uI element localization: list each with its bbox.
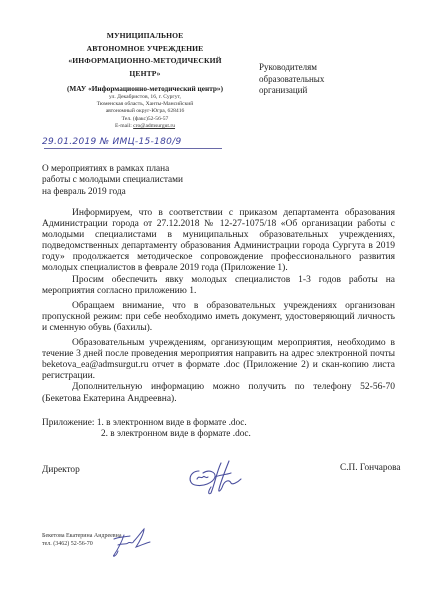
attachments-label: Приложение: — [42, 418, 97, 428]
subject-line-1: О мероприятиях в рамках плана — [42, 164, 242, 175]
letter-body: Информируем, что в соответствии с приказ… — [42, 208, 395, 405]
registration-underline — [44, 148, 222, 149]
body-paragraph: Обращаем внимание, что в образовательных… — [42, 301, 395, 334]
org-email-link[interactable]: cro@admsurgut.ru — [133, 123, 175, 129]
address-line-3: автономный округ-Югра, 628416 — [40, 108, 250, 115]
signatory-position: Директор — [42, 465, 80, 475]
executor-signature-icon — [108, 527, 153, 559]
recipient-block: Руководителям образовательных организаци… — [259, 62, 324, 97]
registration-text: 29.01.2019 № ИМЦ-15-180/9 — [42, 137, 181, 147]
attachment-item-1: 1. в электронном виде в формате .doc. — [97, 418, 247, 428]
attachment-item-2: 2. в электронном виде в формате .doc. — [101, 429, 251, 439]
body-paragraph: Дополнительную информацию можно получить… — [42, 382, 395, 404]
body-paragraph: Образовательным учреждениям, организующи… — [42, 338, 395, 382]
org-name-line-1: МУНИЦИПАЛЬНОЕ — [40, 30, 250, 43]
body-paragraph: Просим обеспечить явку молодых специалис… — [42, 275, 395, 297]
email-label: E-mail: — [115, 123, 133, 129]
org-email-row: E-mail: cro@admsurgut.ru — [40, 123, 250, 130]
subject-line-2: работы с молодыми специалистами — [42, 175, 242, 186]
director-signature-icon — [185, 457, 255, 497]
org-name-line-4: ЦЕНТР» — [40, 68, 250, 81]
signatory-name: С.П. Гончарова — [340, 463, 401, 473]
org-name-line-2: АВТОНОМНОЕ УЧРЕЖДЕНИЕ — [40, 43, 250, 56]
org-phone: Тел. (факс)52-56-57 — [40, 116, 250, 123]
letterhead: МУНИЦИПАЛЬНОЕ АВТОНОМНОЕ УЧРЕЖДЕНИЕ «ИНФ… — [40, 30, 250, 130]
body-paragraph: Информируем, что в соответствии с приказ… — [42, 208, 395, 275]
org-name-line-3: «ИНФОРМАЦИОННО-МЕТОДИЧЕСКИЙ — [40, 55, 250, 68]
subject-line-3: на февраль 2019 года — [42, 187, 242, 198]
attachments-block: Приложение: 1. в электронном виде в форм… — [42, 418, 251, 440]
recipient-line-3: организаций — [259, 85, 324, 97]
letter-subject: О мероприятиях в рамках плана работы с м… — [42, 164, 242, 198]
recipient-line-2: образовательных — [259, 74, 324, 86]
org-short-name: (МАУ «Информационно-методический центр») — [40, 83, 250, 94]
recipient-line-1: Руководителям — [259, 62, 324, 74]
registration-number: 29.01.2019 № ИМЦ-15-180/9 — [42, 137, 222, 151]
